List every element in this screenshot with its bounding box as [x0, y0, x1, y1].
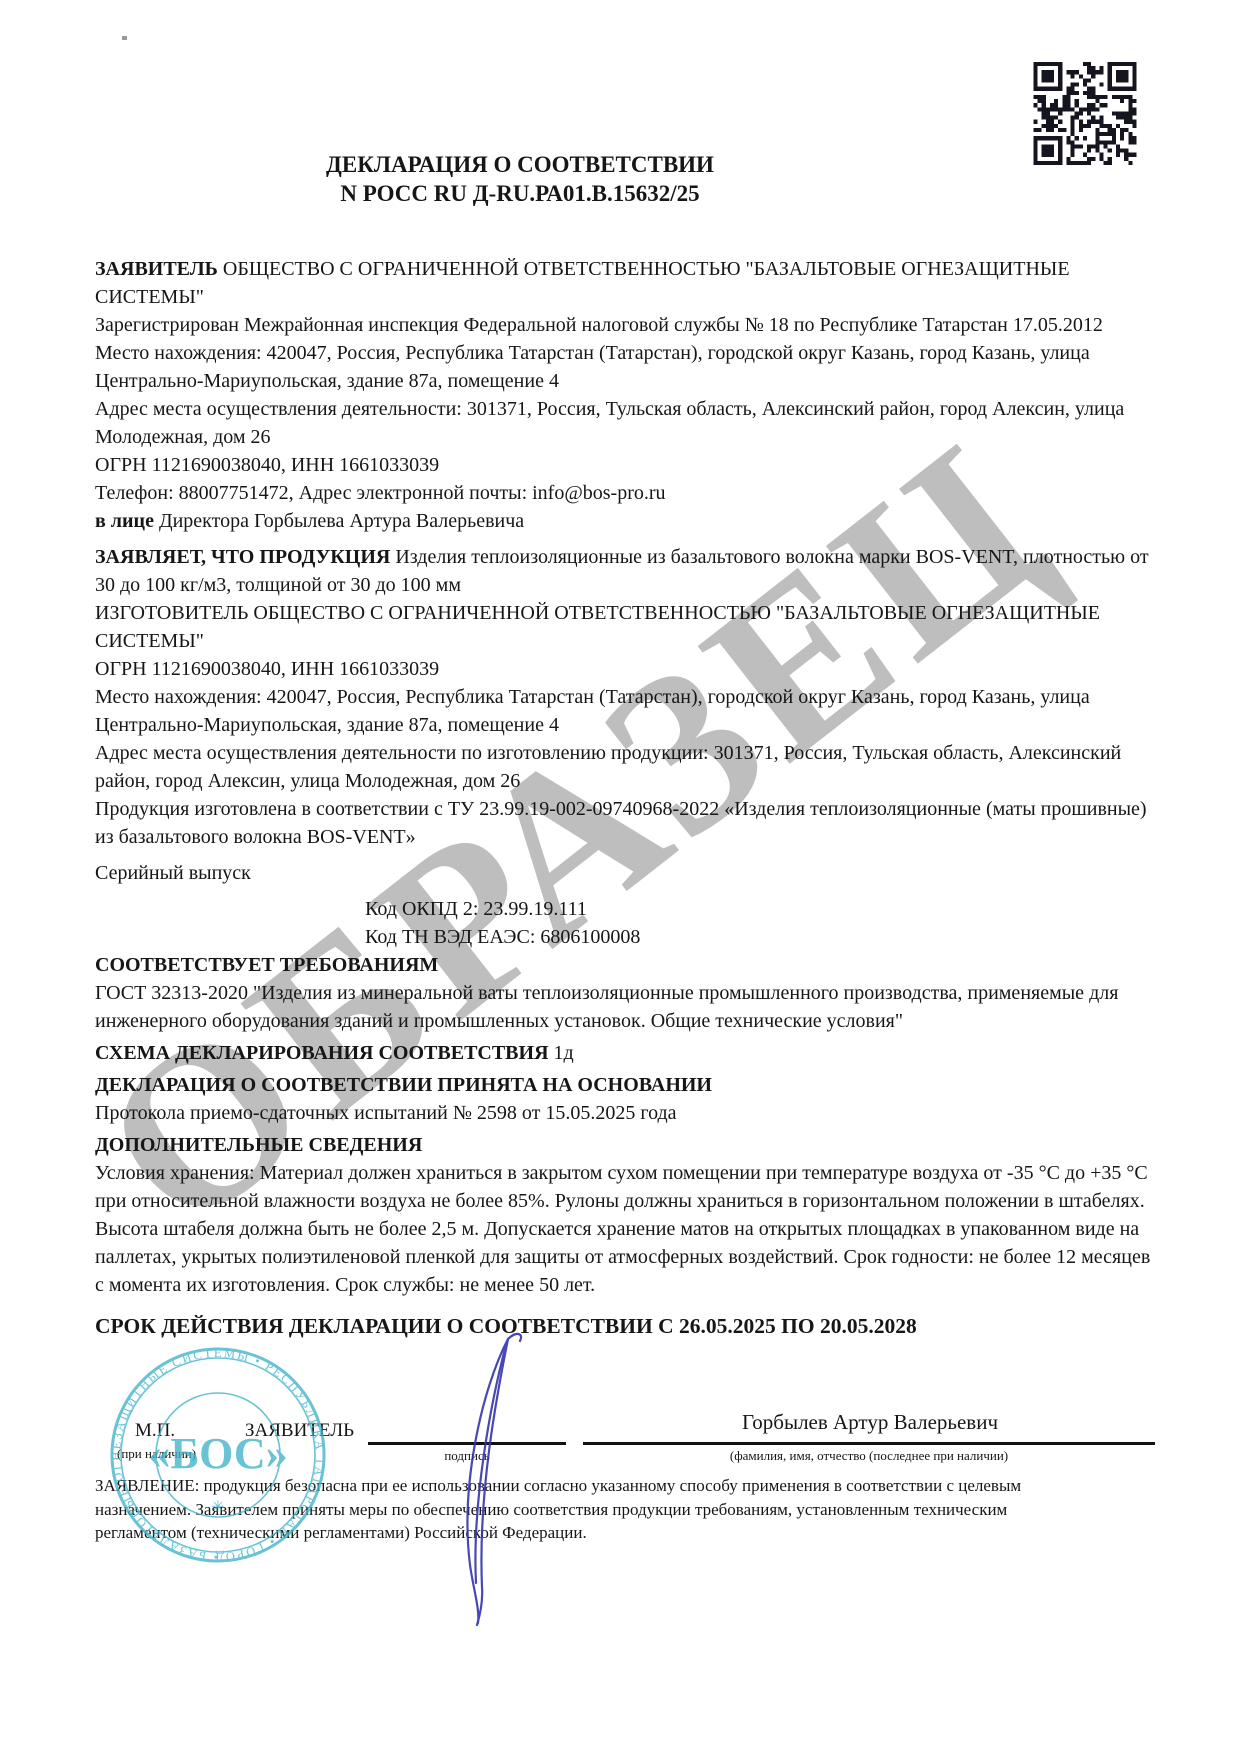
paragraph: Код ТН ВЭД ЕАЭС: 6806100008	[95, 923, 1155, 951]
paragraph: Протокола приемо-сдаточных испытаний № 2…	[95, 1099, 1155, 1127]
signature-line	[368, 1442, 566, 1445]
name-line	[583, 1442, 1155, 1445]
paragraph: Адрес места осуществления деятельности: …	[95, 395, 1155, 451]
paragraph: Зарегистрирован Межрайонная инспекция Фе…	[95, 311, 1155, 339]
paragraph: в лице Директора Горбылева Артура Валерь…	[95, 507, 1155, 535]
paragraph: СХЕМА ДЕКЛАРИРОВАНИЯ СООТВЕТСТВИЯ 1д	[95, 1039, 1155, 1067]
paragraph: ЗАЯВЛЯЕТ, ЧТО ПРОДУКЦИЯ Изделия теплоизо…	[95, 543, 1155, 599]
paragraph: ИЗГОТОВИТЕЛЬ ОБЩЕСТВО С ОГРАНИЧЕННОЙ ОТВ…	[95, 599, 1155, 655]
paragraph: СРОК ДЕЙСТВИЯ ДЕКЛАРАЦИИ О СООТВЕТСТВИИ …	[95, 1312, 1155, 1340]
paragraph: ДЕКЛАРАЦИЯ О СООТВЕТСТВИИ ПРИНЯТА НА ОСН…	[95, 1071, 1155, 1099]
stamp-place-label: М.П.	[135, 1420, 175, 1442]
paragraph: ЗАЯВИТЕЛЬ ОБЩЕСТВО С ОГРАНИЧЕННОЙ ОТВЕТС…	[95, 255, 1155, 311]
scan-speck	[122, 36, 127, 40]
paragraph: Код ОКПД 2: 23.99.19.111	[95, 895, 1155, 923]
name-line-caption: (фамилия, имя, отчество (последнее при н…	[583, 1448, 1155, 1464]
signature-area: М.П. (при наличии) ЗАЯВИТЕЛЬ подпись Гор…	[95, 1402, 1157, 1472]
paragraph: ДОПОЛНИТЕЛЬНЫЕ СВЕДЕНИЯ	[95, 1131, 1155, 1159]
document-title-line1: ДЕКЛАРАЦИЯ О СООТВЕТСТВИИ	[95, 150, 945, 179]
document-content: ДЕКЛАРАЦИЯ О СООТВЕТСТВИИ N РОСС RU Д-RU…	[95, 150, 1155, 1340]
document-body: ЗАЯВИТЕЛЬ ОБЩЕСТВО С ОГРАНИЧЕННОЙ ОТВЕТС…	[95, 255, 1155, 1340]
stamp-place-note: (при наличии)	[117, 1446, 196, 1462]
statement-paragraph: ЗАЯВЛЕНИЕ: продукция безопасна при ее ис…	[95, 1474, 1085, 1545]
signer-name: Горбылев Артур Валерьевич	[585, 1410, 1155, 1435]
paragraph: Серийный выпуск	[95, 859, 1155, 887]
paragraph: ГОСТ 32313-2020 "Изделия из минеральной …	[95, 979, 1155, 1035]
applicant-label: ЗАЯВИТЕЛЬ	[245, 1420, 354, 1442]
paragraph: Место нахождения: 420047, Россия, Респуб…	[95, 339, 1155, 395]
paragraph: ОГРН 1121690038040, ИНН 1661033039	[95, 655, 1155, 683]
paragraph: Продукция изготовлена в соответствии с Т…	[95, 795, 1155, 851]
paragraph: Условия хранения: Материал должен хранит…	[95, 1159, 1155, 1299]
paragraph: Адрес места осуществления деятельности п…	[95, 739, 1155, 795]
declaration-document-page: ОБРАЗЕЦ ДЕКЛАРАЦИЯ О СООТВЕТСТВИИ N РОСС…	[0, 0, 1240, 1754]
document-number: N РОСС RU Д-RU.РА01.В.15632/25	[95, 179, 945, 208]
paragraph: СООТВЕТСТВУЕТ ТРЕБОВАНИЯМ	[95, 951, 1155, 979]
paragraph: ОГРН 1121690038040, ИНН 1661033039	[95, 451, 1155, 479]
document-title: ДЕКЛАРАЦИЯ О СООТВЕТСТВИИ N РОСС RU Д-RU…	[95, 150, 945, 208]
paragraph: Место нахождения: 420047, Россия, Респуб…	[95, 683, 1155, 739]
paragraph: Телефон: 88007751472, Адрес электронной …	[95, 479, 1155, 507]
signature-line-caption: подпись	[368, 1448, 566, 1464]
